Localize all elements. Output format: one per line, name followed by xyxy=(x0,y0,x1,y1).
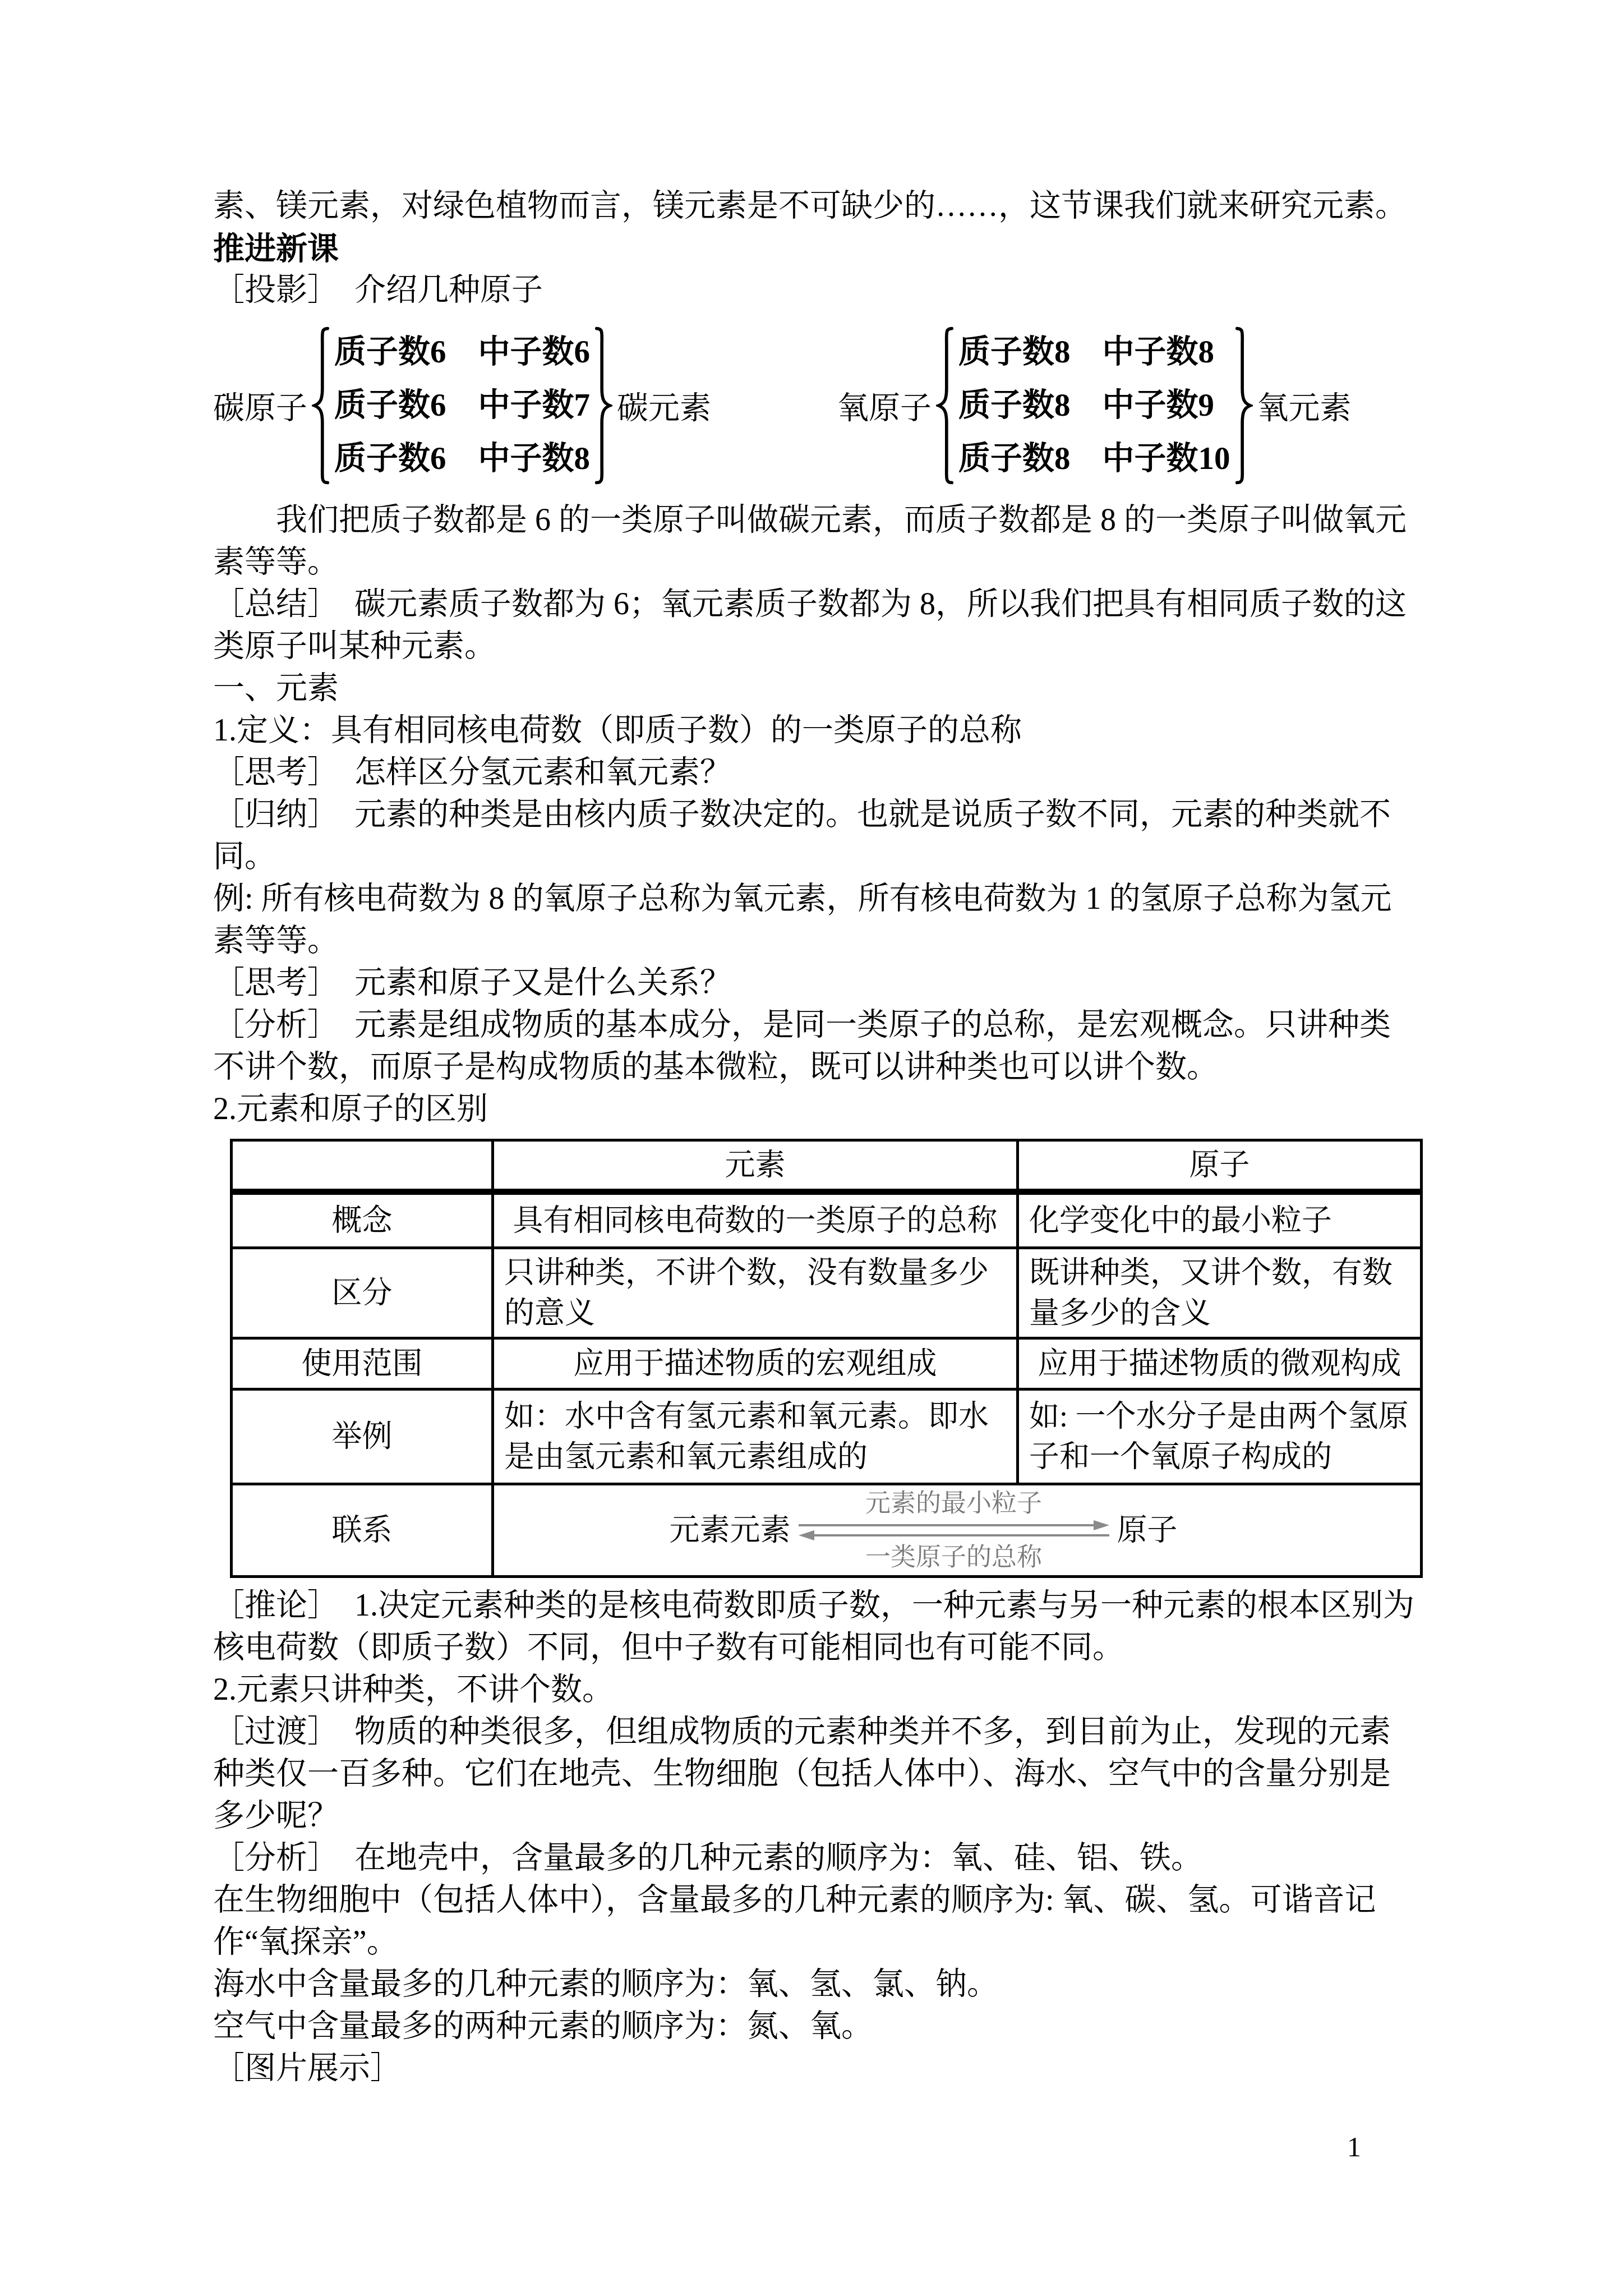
paragraph-air: 空气中含量最多的两种元素的顺序为：氮、氧。 xyxy=(213,2005,1420,2047)
header-atom-cell: 原子 xyxy=(1018,1140,1422,1192)
document-page: 素、镁元素，对绿色植物而言，镁元素是不可缺少的……，这节课我们就来研究元素。 推… xyxy=(0,0,1623,2296)
row-label: 使用范围 xyxy=(232,1338,493,1389)
concept-element-cell: 具有相同核电荷数的一类原子的总称 xyxy=(493,1192,1018,1248)
section-heading: 推进新课 xyxy=(213,227,1420,269)
left-brace-icon xyxy=(936,321,954,490)
paragraph-after-diagram: 我们把质子数都是 6 的一类原子叫做碳元素，而质子数都是 8 的一类原子叫做氧元… xyxy=(213,499,1420,583)
paragraph-summary: ［总结］ 碳元素质子数都为 6；氧元素质子数都为 8，所以我们把具有相同质子数的… xyxy=(213,583,1420,668)
table-row-concept: 概念 具有相同核电荷数的一类原子的总称 化学变化中的最小粒子 xyxy=(232,1192,1422,1248)
element-atom-comparison-table: 元素 原子 概念 具有相同核电荷数的一类原子的总称 化学变化中的最小粒子 区分 … xyxy=(230,1139,1423,1578)
paragraph-induce: ［归纳］ 元素的种类是由核内质子数决定的。也就是说质子数不同，元素的种类就不同。 xyxy=(213,794,1420,878)
relation-bottom-label: 一类原子的总称 xyxy=(865,1543,1042,1572)
carbon-atom-label: 碳原子 xyxy=(213,383,307,428)
oxygen-isotope-line: 质子数8 中子数10 xyxy=(958,432,1230,485)
table-row-scope: 使用范围 应用于描述物质的宏观组成 应用于描述物质的微观构成 xyxy=(232,1338,1422,1389)
carbon-isotope-line: 质子数6 中子数8 xyxy=(334,432,590,485)
paragraph-definition: 1.定义：具有相同核电荷数（即质子数）的一类原子的总称 xyxy=(213,710,1420,752)
example-atom-cell: 如: 一个水分子是由两个氢原子和一个氧原子构成的 xyxy=(1018,1389,1422,1484)
oxygen-element-label: 氧元素 xyxy=(1257,383,1352,428)
carbon-isotope-line: 质子数6 中子数6 xyxy=(334,325,590,379)
relation-arrows-block: 元素的最小粒子 一类原子的总称 xyxy=(794,1489,1114,1572)
oxygen-isotope-line: 质子数8 中子数9 xyxy=(958,379,1230,432)
paragraph-seawater: 海水中含量最多的几种元素的顺序为：氧、氢、氯、钠。 xyxy=(213,1963,1420,2005)
carbon-element-label: 碳元素 xyxy=(617,383,711,428)
oxygen-atom-label: 氧原子 xyxy=(837,383,932,428)
paragraph-transition: ［过渡］ 物质的种类很多，但组成物质的元素种类并不多，到目前为止，发现的元素种类… xyxy=(213,1711,1420,1837)
table-row-example: 举例 如：水中含有氢元素和氧元素。即水是由氢元素和氧元素组成的 如: 一个水分子… xyxy=(232,1389,1422,1484)
scope-element-cell: 应用于描述物质的宏观组成 xyxy=(493,1338,1018,1389)
right-brace-icon xyxy=(1235,321,1253,490)
paragraph-analysis1: ［分析］ 元素是组成物质的基本成分，是同一类原子的总称，是宏观概念。只讲种类不讲… xyxy=(213,1004,1420,1088)
paragraph-bio-cells: 在生物细胞中（包括人体中），含量最多的几种元素的顺序为: 氧、碳、氢。可谐音记作… xyxy=(213,1879,1420,1963)
concept-atom-cell: 化学变化中的最小粒子 xyxy=(1018,1192,1422,1248)
oxygen-atom-group: 氧原子 质子数8 中子数8 质子数8 中子数9 质子数8 中子数10 氧元素 xyxy=(837,321,1352,490)
paragraph-projection: ［投影］ 介绍几种原子 xyxy=(213,269,1420,311)
carbon-isotope-line: 质子数6 中子数7 xyxy=(334,379,590,432)
header-blank-cell xyxy=(232,1140,493,1192)
row-label: 联系 xyxy=(232,1484,493,1577)
diff-title: 2.元素和原子的区别 xyxy=(213,1088,1420,1130)
table-header-row: 元素 原子 xyxy=(232,1140,1422,1192)
table-row-relation: 联系 元素元素 元素的最小粒子 一类原子的总称 xyxy=(232,1484,1422,1577)
carbon-atom-group: 碳原子 质子数6 中子数6 质子数6 中子数7 质子数6 中子数8 碳元素 xyxy=(213,321,711,490)
table-row-distinct: 区分 只讲种类，不讲个数，没有数量多少的意义 既讲种类，又讲个数，有数量多少的含… xyxy=(232,1248,1422,1338)
paragraph-point2: 2.元素只讲种类，不讲个数。 xyxy=(213,1669,1420,1711)
scope-atom-cell: 应用于描述物质的微观构成 xyxy=(1018,1338,1422,1389)
relation-left-term: 元素元素 xyxy=(670,1510,791,1550)
distinct-atom-cell: 既讲种类，又讲个数，有数量多少的含义 xyxy=(1018,1248,1422,1338)
paragraph-inference: ［推论］ 1.决定元素种类的是核电荷数即质子数，一种元素与另一种元素的根本区别为… xyxy=(213,1585,1420,1669)
distinct-element-cell: 只讲种类，不讲个数，没有数量多少的意义 xyxy=(493,1248,1018,1338)
topic-one-heading: 一、元素 xyxy=(213,668,1420,710)
atom-brace-diagram: 碳原子 质子数6 中子数6 质子数6 中子数7 质子数6 中子数8 碳元素 氧原… xyxy=(213,311,1420,499)
oxygen-isotope-line: 质子数8 中子数8 xyxy=(958,325,1230,379)
row-label: 区分 xyxy=(232,1248,493,1338)
page-number: 1 xyxy=(1347,2131,1361,2163)
paragraph-think2: ［思考］ 元素和原子又是什么关系？ xyxy=(213,962,1420,1004)
example-element-cell: 如：水中含有氢元素和氧元素。即水是由氢元素和氧元素组成的 xyxy=(493,1389,1018,1484)
carbon-isotope-stack: 质子数6 中子数6 质子数6 中子数7 质子数6 中子数8 xyxy=(334,325,590,485)
relation-top-label: 元素的最小粒子 xyxy=(865,1489,1042,1518)
paragraph-think1: ［思考］ 怎样区分氢元素和氧元素？ xyxy=(213,752,1420,794)
relation-diagram: 元素元素 元素的最小粒子 一类原子的总称 原子 xyxy=(493,1489,1377,1572)
header-element-cell: 元素 xyxy=(493,1140,1018,1192)
left-brace-icon xyxy=(312,321,330,490)
row-label: 举例 xyxy=(232,1389,493,1484)
oxygen-isotope-stack: 质子数8 中子数8 质子数8 中子数9 质子数8 中子数10 xyxy=(958,325,1230,485)
paragraph-analysis2: ［分析］ 在地壳中，含量最多的几种元素的顺序为：氧、硅、铝、铁。 xyxy=(213,1837,1420,1879)
paragraph-intro: 素、镁元素，对绿色植物而言，镁元素是不可缺少的……，这节课我们就来研究元素。 xyxy=(213,185,1420,227)
right-brace-icon xyxy=(594,321,612,490)
double-arrow-icon xyxy=(794,1518,1114,1543)
relation-right-term: 原子 xyxy=(1117,1510,1178,1550)
relation-cell: 元素元素 元素的最小粒子 一类原子的总称 原子 xyxy=(493,1484,1422,1577)
paragraph-example: 例: 所有核电荷数为 8 的氧原子总称为氧元素，所有核电荷数为 1 的氢原子总称… xyxy=(213,878,1420,962)
paragraph-picture-show: ［图片展示］ xyxy=(213,2047,1420,2090)
document-content: 素、镁元素，对绿色植物而言，镁元素是不可缺少的……，这节课我们就来研究元素。 推… xyxy=(213,185,1420,2090)
row-label: 概念 xyxy=(232,1192,493,1248)
